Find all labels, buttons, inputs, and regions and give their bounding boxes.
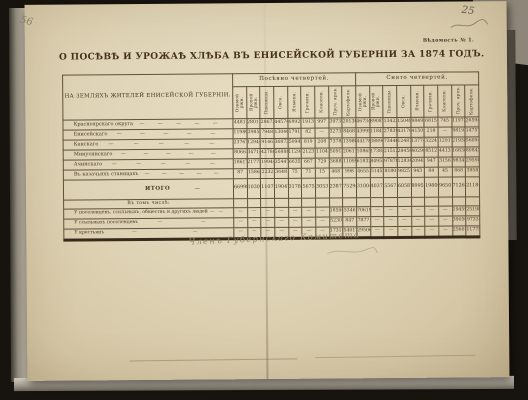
value-cell: 9825 xyxy=(397,167,411,177)
value-cell: 128369 xyxy=(397,157,411,167)
crop-column-label: Озимой ржи. xyxy=(235,88,244,117)
value-cell: 11298 xyxy=(288,148,302,158)
empty-cell xyxy=(397,197,411,206)
dash-leader: — xyxy=(135,152,157,157)
value-cell: 44178 xyxy=(356,138,370,148)
spacer xyxy=(74,189,145,190)
crop-column-header: Картофеля. xyxy=(342,86,356,118)
value-cell: 20611 xyxy=(342,148,356,158)
total-value-cell: 19800 xyxy=(425,177,439,197)
row-label-flex: Красноярскаго округа————— xyxy=(63,121,232,127)
crop-column-label: Яровой ржи. xyxy=(372,87,381,116)
dash-leader: — xyxy=(165,231,226,236)
crop-column-label: Проч. яров. xyxy=(333,88,338,116)
crop-column-header: Яровой ржи. xyxy=(246,87,260,119)
value-cell: 45 xyxy=(438,167,452,177)
total-value-cell: 75294 xyxy=(343,178,357,198)
dash-leader: — xyxy=(176,162,201,167)
crop-column-header: Конопли. xyxy=(438,85,452,117)
empty-cell xyxy=(356,198,370,207)
row-label-flex: Минусинскаго————— xyxy=(64,151,233,157)
dash-leader: — xyxy=(154,132,177,137)
value-cell: 82 xyxy=(301,128,315,138)
value-cell: 1913 xyxy=(301,118,315,128)
total-value-cell: 190476 xyxy=(274,178,288,198)
crop-column-header: Ячменя. xyxy=(287,86,301,118)
dash-leader: — xyxy=(173,172,190,177)
value-cell: 2232 xyxy=(261,168,275,178)
value-cell: 13774 xyxy=(411,137,425,147)
value-cell: 215138 xyxy=(383,147,397,157)
value-cell: 8512 xyxy=(424,147,438,157)
dash-leader: — xyxy=(178,132,201,137)
empty-cell xyxy=(466,197,480,206)
value-cell: — xyxy=(439,216,453,226)
archive-mark-right: 25 xyxy=(461,5,475,18)
total-value-cell: 103020 xyxy=(247,179,261,199)
value-cell: 847 xyxy=(343,217,357,227)
value-cell: 11980 xyxy=(233,129,247,139)
empty-cell xyxy=(288,198,302,207)
value-cell: 14757 xyxy=(465,127,479,137)
dash-leader: — xyxy=(216,211,225,216)
value-cell: 11099 xyxy=(342,158,356,168)
value-cell: 28673 xyxy=(260,118,274,128)
value-cell: 84 xyxy=(425,167,439,177)
row-label-flex: У ссыльныхъ поселенцевъ—— xyxy=(64,220,233,226)
row-label-text: У ссыльныхъ поселенцевъ xyxy=(74,221,138,226)
empty-cell xyxy=(261,198,275,207)
value-cell: 3648 xyxy=(274,168,288,178)
value-cell: 3156 xyxy=(438,157,452,167)
row-label-text: Канскаго xyxy=(74,142,99,147)
value-cell: — xyxy=(425,206,439,216)
crop-column-label: Гречихи. xyxy=(429,90,434,112)
group-sown: Посѣяно четвертей. xyxy=(233,73,356,87)
corner-label: НА ЗЕМЛЯХЪ ЖИТЕЛЕЙ ЕНИСЕЙСКОЙ ГУБЕРНІИ. xyxy=(63,74,233,120)
crop-column-header: Картофеля. xyxy=(465,85,479,117)
crop-column-label: Конопли. xyxy=(442,90,447,112)
table-body: Красноярскаго округа—————448128011286734… xyxy=(63,117,480,240)
signature-flourish-icon xyxy=(326,245,378,257)
value-cell: — xyxy=(411,206,425,216)
total-value-cell: 403769 xyxy=(370,178,384,198)
value-cell: 46734 xyxy=(356,118,370,128)
value-cell: 23767 xyxy=(233,139,247,149)
crop-column-header: Конопли. xyxy=(315,86,329,118)
value-cell: 21778 xyxy=(247,159,261,169)
dash-leader: — xyxy=(131,132,154,137)
value-cell: 71 xyxy=(302,168,316,178)
value-cell: — xyxy=(247,208,261,218)
value-cell: — xyxy=(438,127,452,137)
value-cell: 124873 xyxy=(397,137,411,147)
value-cell: 9733 xyxy=(466,216,480,226)
value-cell: 1586 xyxy=(247,169,261,179)
value-cell: 80843 xyxy=(465,147,479,157)
crop-column-label: Озимой ржи. xyxy=(358,87,367,116)
value-cell: 43995 xyxy=(356,128,370,138)
value-cell: 943 xyxy=(411,167,425,177)
value-cell: 15 xyxy=(315,168,329,178)
value-cell: 173845 xyxy=(370,148,384,158)
value-cell: — xyxy=(411,216,425,226)
total-label: ИТОГО— xyxy=(63,179,233,200)
value-cell: 5091 xyxy=(329,148,343,158)
value-cell: 6892 xyxy=(288,118,302,128)
value-cell: 87 xyxy=(233,169,247,179)
empty-cell xyxy=(384,197,398,206)
value-cell: 26594 xyxy=(465,117,479,127)
value-cell: 284586 xyxy=(397,147,411,157)
value-cell: 7948 xyxy=(260,128,274,138)
value-cell: 5145 xyxy=(370,168,384,178)
value-cell: 20138 xyxy=(342,118,356,128)
value-cell: — xyxy=(398,216,412,226)
value-cell: 4150 xyxy=(411,127,425,137)
row-label-text: Красноярскаго округа xyxy=(73,122,133,127)
value-cell: 8066 xyxy=(233,149,247,159)
value-cell: — xyxy=(288,217,302,227)
row-label-text: Минусинскаго xyxy=(74,152,113,157)
value-cell: 256019 xyxy=(452,226,466,237)
value-cell: — xyxy=(261,207,275,217)
value-cell: 4481 xyxy=(233,119,247,129)
crop-column-label: Яровой ржи. xyxy=(249,88,258,117)
total-value-cell: 31785 xyxy=(288,178,302,198)
dash-leader: — xyxy=(156,172,173,177)
value-cell: — xyxy=(398,226,412,237)
value-cell: 39050 xyxy=(452,216,466,226)
value-cell: 44574 xyxy=(274,118,288,128)
value-cell: 18596 xyxy=(329,207,343,217)
dash-leader: — xyxy=(206,121,224,126)
value-cell: 8180 xyxy=(384,167,398,177)
value-cell: 9849 xyxy=(410,117,424,127)
dash-leader: — xyxy=(104,231,165,236)
crop-column-header: Озимой ржи. xyxy=(233,87,247,119)
value-cell: 667 xyxy=(302,158,316,168)
row-label-text: Енисейскаго xyxy=(74,132,108,137)
total-value-cell: 310047 xyxy=(356,178,370,198)
value-cell: 75 xyxy=(288,168,302,178)
dash-leader: — xyxy=(199,141,224,146)
value-cell: — xyxy=(315,128,329,138)
total-value-cell: 89959 xyxy=(411,177,425,197)
value-cell: 13980 xyxy=(342,138,356,148)
crop-column-label: Овса. xyxy=(278,96,283,109)
total-value-cell: 3053 xyxy=(315,178,329,198)
total-value-cell: 5675 xyxy=(302,178,316,198)
dash-leader: — xyxy=(174,142,199,147)
crop-column-header: Проч. яров. xyxy=(328,86,342,118)
total-value-cell: 71268 xyxy=(452,177,466,197)
crop-column-label: Овса. xyxy=(401,95,406,108)
value-cell: 28011 xyxy=(247,119,261,129)
dash-leader: — xyxy=(112,152,134,157)
empty-cell xyxy=(343,198,357,207)
row-label-flex: Ачинскаго————— xyxy=(64,161,233,167)
value-cell: 6635 xyxy=(288,158,302,168)
crop-column-header: Гречихи. xyxy=(301,86,315,118)
value-cell: — xyxy=(439,226,453,237)
empty-cell xyxy=(234,199,248,208)
crop-column-label: Проч. яров. xyxy=(456,87,461,115)
value-cell: — xyxy=(288,207,302,217)
value-cell: 1291 xyxy=(438,137,452,147)
crop-column-label: Гречихи. xyxy=(306,91,311,113)
value-cell: 12946 xyxy=(247,139,261,149)
value-cell: 2123 xyxy=(301,148,315,158)
value-cell: 3688 xyxy=(329,158,343,168)
value-cell: 729 xyxy=(315,158,329,168)
dash-leader: — xyxy=(133,122,151,127)
total-label-text: ИТОГО xyxy=(145,187,170,193)
total-value-cell: 23871 xyxy=(329,178,343,198)
row-label-flex: Енисейскаго————— xyxy=(64,131,233,137)
dash-leader: — xyxy=(157,152,179,157)
value-cell: 29598 xyxy=(465,157,479,167)
value-cell: — xyxy=(316,217,330,227)
value-cell: — xyxy=(425,226,439,237)
total-value-cell: 66998 xyxy=(233,179,247,199)
value-cell: — xyxy=(302,207,316,217)
value-cell: 1104 xyxy=(315,148,329,158)
value-cell: — xyxy=(438,206,452,216)
total-value-cell: 605872 xyxy=(397,177,411,197)
group-harvested: Снято четвертей. xyxy=(355,72,478,86)
crop-column-label: Ячменя. xyxy=(292,92,297,112)
dash-leader: — xyxy=(138,221,182,226)
value-cell: — xyxy=(275,217,289,227)
dash-leader: — xyxy=(182,221,226,226)
document-page: 25 Вѣдомость № 1. О ПОСѢВѢ И УРОЖАѢ ХЛѢБ… xyxy=(25,1,510,381)
value-cell: 108653 xyxy=(356,148,370,158)
dash-leader: — xyxy=(190,171,207,176)
crop-column-header: Озимой ржи. xyxy=(356,86,370,118)
value-cell: — xyxy=(370,217,384,227)
row-label-text: У крестьянъ xyxy=(74,231,104,236)
dash-leader: — xyxy=(188,121,206,126)
document-title: О ПОСѢВѢ И УРОЖАѢ ХЛѢБА ВЪ ЕНИСЕЙСКОЙ ГУ… xyxy=(59,49,479,62)
value-cell: — xyxy=(261,217,275,227)
row-label-text: У поселенцевъ, ссыльныхъ, обществъ и дру… xyxy=(74,211,208,217)
crop-column-label: Пшеницы. xyxy=(265,90,270,115)
value-cell: 4655 xyxy=(356,168,370,178)
row-label-text: Въ казачьихъ станицахъ xyxy=(74,172,139,178)
value-cell: 8468 xyxy=(342,128,356,138)
value-cell: 134236 xyxy=(383,117,397,127)
value-cell: 3224 xyxy=(424,137,438,147)
value-cell: 97878 xyxy=(383,157,397,167)
value-cell: 947 xyxy=(424,157,438,167)
value-cell: 11841 xyxy=(370,128,384,138)
empty-cell xyxy=(329,198,343,207)
total-value-cell: 211844 xyxy=(466,177,480,197)
crop-column-header: Пшеницы. xyxy=(260,86,274,118)
crop-column-header: Овса. xyxy=(274,86,288,118)
value-cell: 15049 xyxy=(397,117,411,127)
value-cell: — xyxy=(302,217,316,227)
crop-column-header: Ячменя. xyxy=(410,85,424,117)
row-label-flex: У крестьянъ—— xyxy=(64,230,233,236)
empty-cell xyxy=(452,197,466,206)
value-cell: 745 xyxy=(438,117,452,127)
value-cell: 89087 xyxy=(369,118,383,128)
value-cell: 5346 xyxy=(343,207,357,217)
crop-column-label: Картофеля. xyxy=(347,88,352,116)
empty-cell xyxy=(275,198,289,207)
dash-leader: — xyxy=(208,171,225,176)
value-cell: 21938 xyxy=(452,137,466,147)
dash-leader: — xyxy=(149,142,174,147)
value-cell: — xyxy=(275,207,289,217)
value-cell: 4413 xyxy=(438,147,452,157)
row-label-flex: Въ казачьихъ станицахъ————— xyxy=(64,171,233,177)
row-label-flex: У поселенцевъ, ссыльныхъ, обществъ и дру… xyxy=(64,210,233,216)
value-cell: 3273 xyxy=(329,128,343,138)
pencil-line-right xyxy=(315,355,475,358)
total-label-flex: ИТОГО— xyxy=(64,186,233,193)
crop-column-label: Картофеля. xyxy=(470,87,475,115)
dash-leader: — xyxy=(208,211,217,216)
table-header: НА ЗЕМЛЯХЪ ЖИТЕЛЕЙ ЕНИСЕЙСКОЙ ГУБЕРНІИ.П… xyxy=(63,72,479,120)
grain-table: НА ЗЕМЛЯХЪ ЖИТЕЛЕЙ ЕНИСЕЙСКОЙ ГУБЕРНІИ.П… xyxy=(62,71,480,241)
value-cell: 38896 xyxy=(370,138,384,148)
value-cell: 11973 xyxy=(451,117,465,127)
dash-leader: — xyxy=(107,132,130,137)
value-cell: 1791 xyxy=(288,128,302,138)
value-cell: — xyxy=(398,206,412,216)
row-label-flex: Канскаго————— xyxy=(64,141,233,147)
value-cell: 19944 xyxy=(261,158,275,168)
value-cell: — xyxy=(411,226,425,237)
value-cell: 208 xyxy=(315,138,329,148)
dash-leader: — xyxy=(151,162,176,167)
value-cell: 117756 xyxy=(466,226,480,237)
value-cell: 43170 xyxy=(397,127,411,137)
total-value-cell: 110729 xyxy=(261,178,275,198)
dash-leader: — xyxy=(170,122,188,127)
value-cell: 5230 xyxy=(329,217,343,227)
value-cell: 5094 xyxy=(288,138,302,148)
empty-cell xyxy=(247,199,261,208)
value-cell: 3973 xyxy=(329,118,343,128)
value-cell: 3958 xyxy=(465,167,479,177)
dash-leader: — xyxy=(180,152,202,157)
dash-leader: — xyxy=(201,131,224,136)
value-cell: 20945 xyxy=(411,157,425,167)
value-cell: 9834 xyxy=(452,157,466,167)
value-cell: 40298 xyxy=(411,147,425,157)
empty-cell xyxy=(425,197,439,206)
empty-cell xyxy=(315,198,329,207)
value-cell: 16836 xyxy=(452,147,466,157)
value-cell: 868 xyxy=(452,167,466,177)
value-cell: 84955 xyxy=(370,158,384,168)
value-cell: 819 xyxy=(301,138,315,148)
pen-flourish-icon xyxy=(449,17,489,31)
value-cell: 56888 xyxy=(274,148,288,158)
value-cell: 7877 xyxy=(357,217,371,227)
empty-cell xyxy=(411,197,425,206)
value-cell: — xyxy=(425,216,439,226)
dash-leader: — xyxy=(170,186,225,192)
empty-cell xyxy=(438,197,452,206)
dash-leader: — xyxy=(127,162,152,167)
value-cell: — xyxy=(316,207,330,217)
value-cell: 25198 xyxy=(466,206,480,216)
value-cell: 9819 xyxy=(452,127,466,137)
crop-column-header: Пшеницы. xyxy=(383,85,397,117)
value-cell: — xyxy=(384,206,398,216)
dash-leader: — xyxy=(98,142,123,147)
value-cell: 56094 xyxy=(465,137,479,147)
value-cell: 468 xyxy=(329,168,343,178)
value-cell: 61832 xyxy=(356,158,370,168)
dash-leader: — xyxy=(124,142,149,147)
sheet-number-label: Вѣдомость № 1. xyxy=(423,37,474,43)
value-cell: — xyxy=(247,218,261,228)
value-cell: 3985 xyxy=(247,129,261,139)
pencil-line-left xyxy=(129,358,297,361)
empty-cell xyxy=(370,198,384,207)
crop-column-header: Яровой ржи. xyxy=(369,86,383,118)
value-cell: 70619 xyxy=(357,207,371,217)
crop-column-header: Гречихи. xyxy=(424,85,438,117)
crop-column-header: Проч. яров. xyxy=(451,85,465,117)
crop-column-label: Ячменя. xyxy=(415,91,420,111)
empty-cell xyxy=(302,198,316,207)
value-cell: 9146 xyxy=(260,138,274,148)
photographed-ledger-scene: 56 25 Вѣдомость № 1. О ПОСѢВѢ И УРОЖАѢ Х… xyxy=(0,0,528,400)
dash-leader: — xyxy=(151,122,169,127)
value-cell: — xyxy=(234,218,248,228)
value-cell: — xyxy=(234,208,248,218)
value-cell: 27839 xyxy=(383,127,397,137)
dash-leader: — xyxy=(200,161,225,166)
value-cell: 34714 xyxy=(247,149,261,159)
value-cell: 19459 xyxy=(452,206,466,216)
crop-column-label: Пшеницы. xyxy=(388,89,393,114)
dash-leader: — xyxy=(102,162,127,167)
dash-leader: — xyxy=(202,151,224,156)
value-cell: 36873 xyxy=(274,138,288,148)
value-cell: — xyxy=(384,216,398,226)
crop-column-header: Овса. xyxy=(397,85,411,117)
value-cell: 35447 xyxy=(274,158,288,168)
value-cell: 6815 xyxy=(424,117,438,127)
value-cell: 18617 xyxy=(233,159,247,169)
value-cell: 218 xyxy=(424,127,438,137)
total-value-cell: 9650 xyxy=(438,177,452,197)
total-value-cell: 556717 xyxy=(384,177,398,197)
value-cell: 7378 xyxy=(329,138,343,148)
value-cell: 13046 xyxy=(274,128,288,138)
row-label-text: Ачинскаго xyxy=(74,162,102,167)
dash-leader: — xyxy=(138,172,155,177)
value-cell: 42786 xyxy=(260,148,274,158)
value-cell: 998 xyxy=(343,168,357,178)
value-cell: 73446 xyxy=(383,137,397,147)
value-cell: — xyxy=(370,207,384,217)
value-cell: 997 xyxy=(315,118,329,128)
crop-column-label: Конопли. xyxy=(319,91,324,113)
